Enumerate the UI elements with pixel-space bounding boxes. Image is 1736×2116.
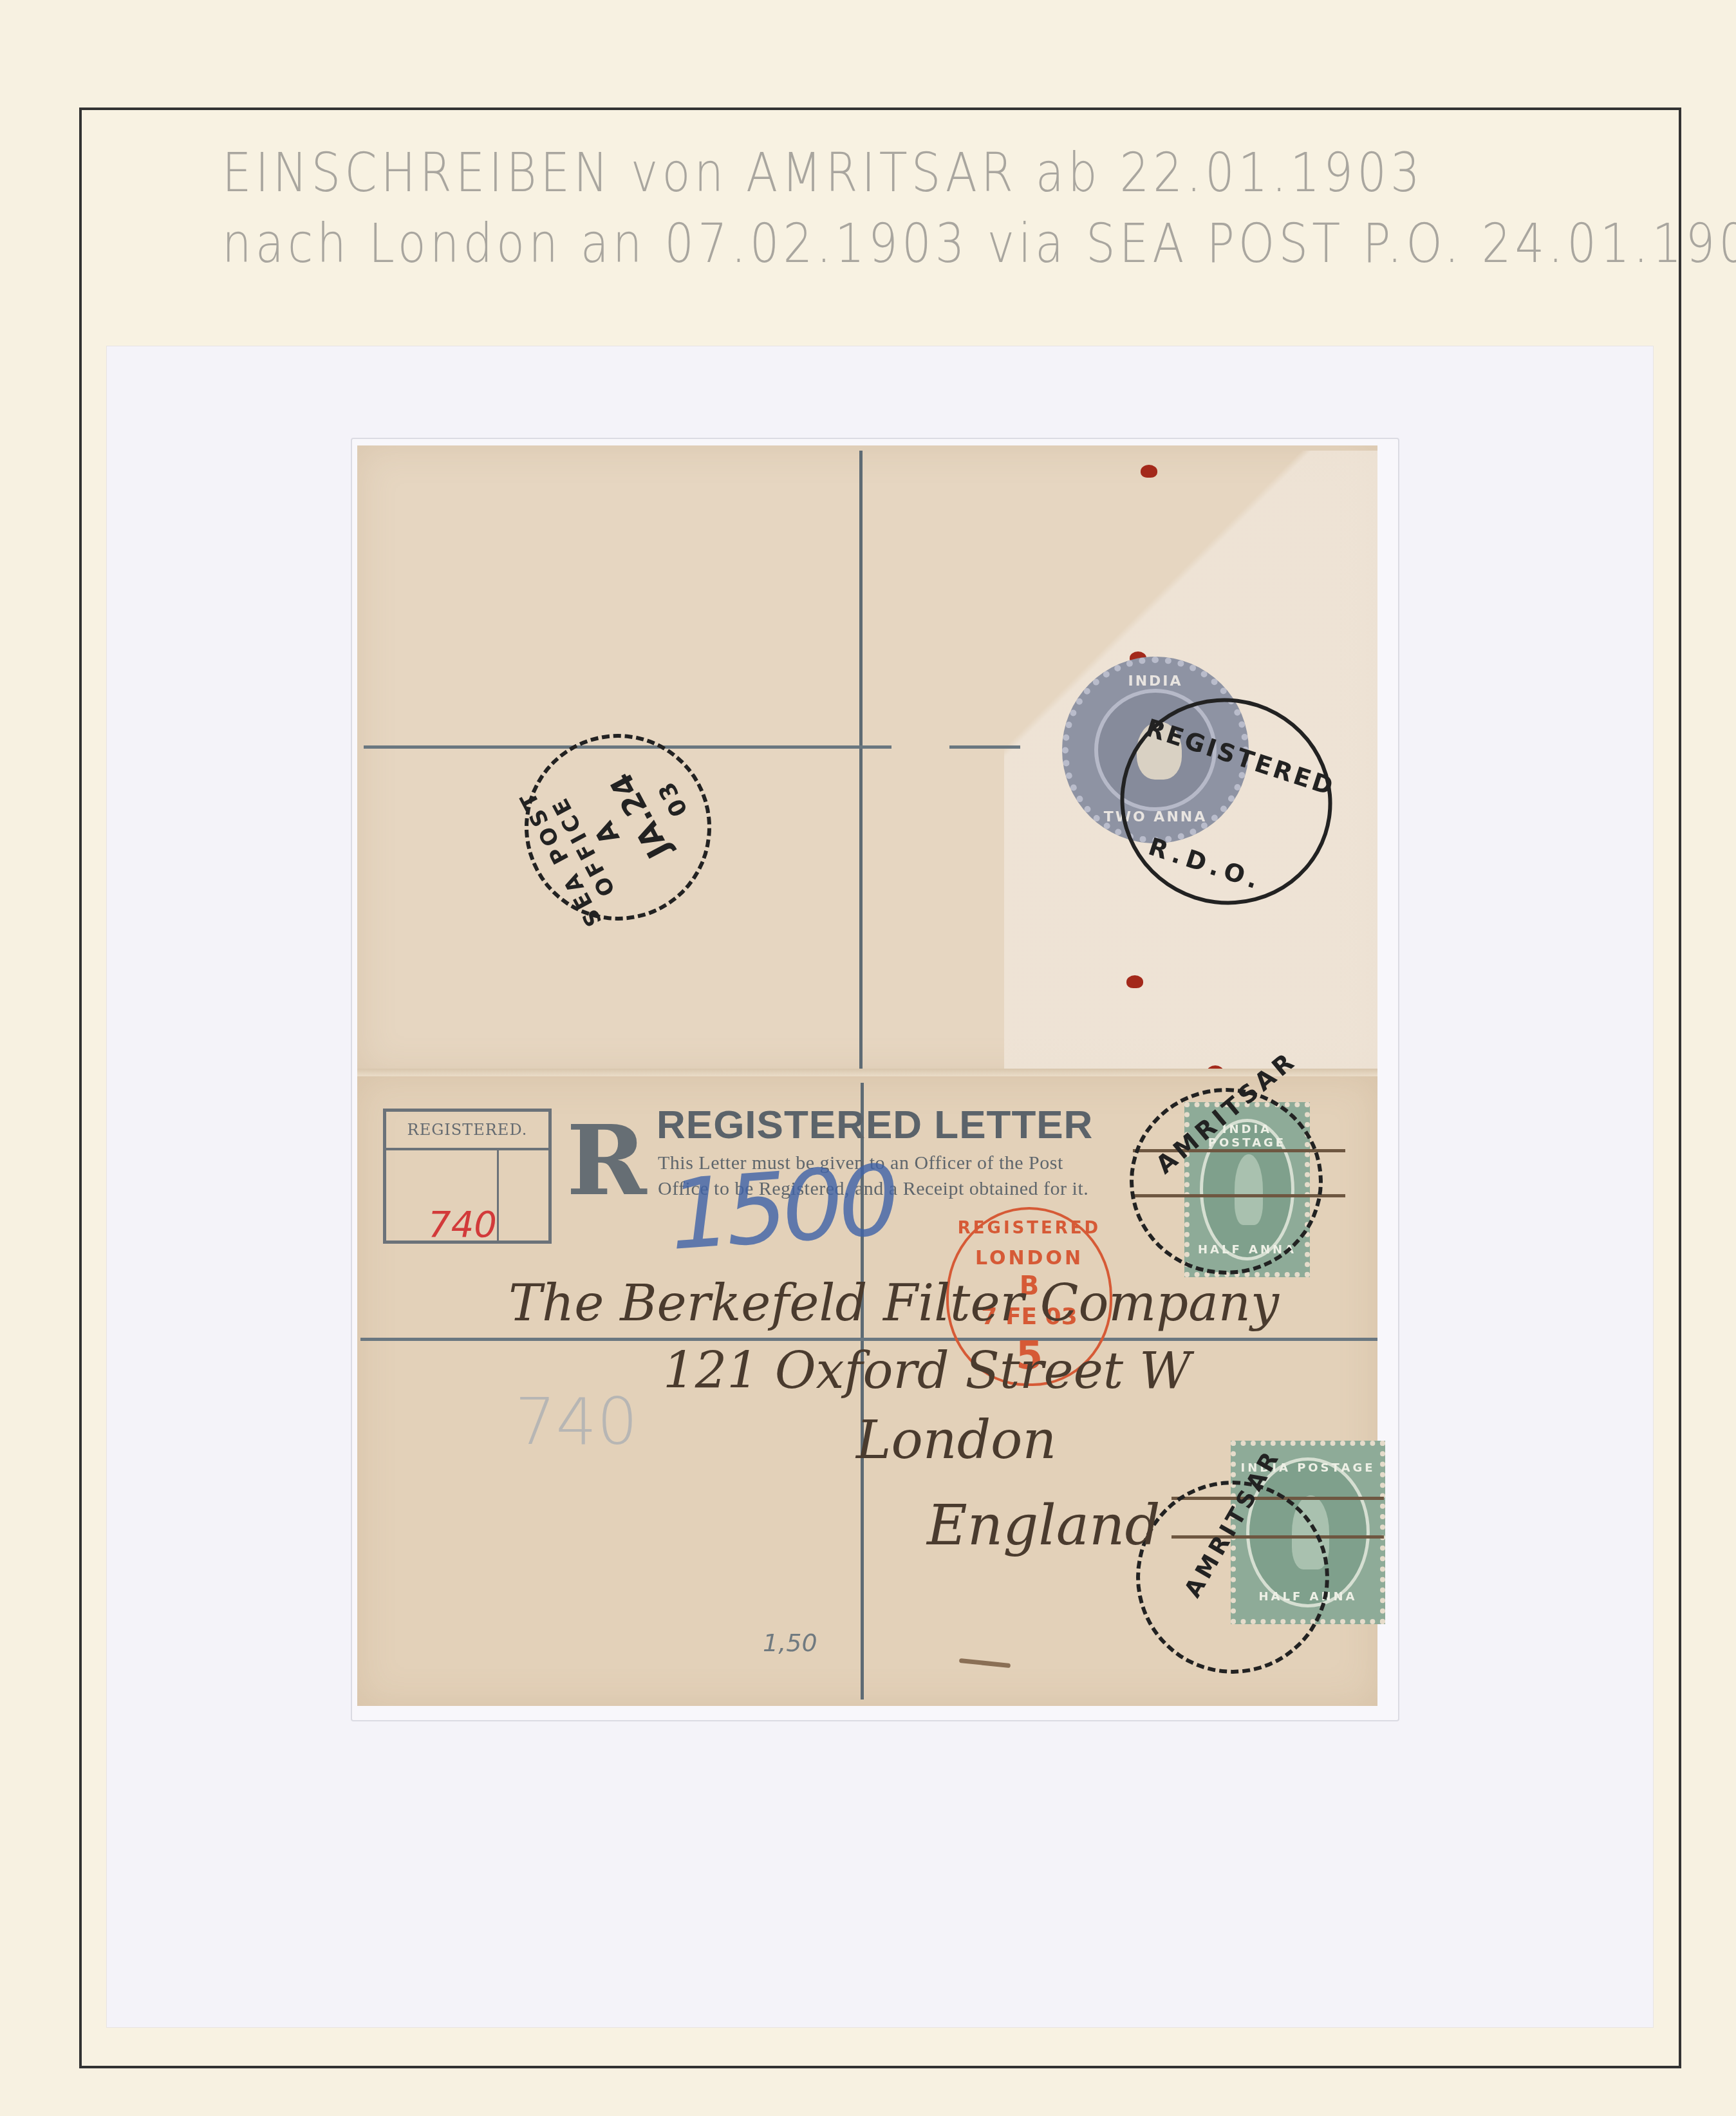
price-note: 1,50 [763, 1629, 817, 1657]
registered-box-label: REGISTERED. [386, 1112, 548, 1150]
blue-line-horizontal-back-right [949, 745, 1020, 749]
annotation-line-1: EINSCHREIBEN von AMRITSAR ab 22.01.1903 [222, 142, 1690, 204]
annotation-line-2: nach London an 07.02.1903 via SEA POST P… [222, 212, 1690, 275]
registered-R-mark: R [566, 1112, 647, 1209]
grey-pencil-note: 740 [515, 1384, 638, 1459]
indicium-top-text: INDIA [1069, 673, 1242, 689]
blue-line-horizontal-front [360, 1338, 1377, 1341]
amritsar-cancel: AMRITSAR [1130, 1088, 1323, 1275]
london-cancel-city: LONDON [949, 1247, 1110, 1269]
blue-pencil-note: 1500 [666, 1145, 898, 1272]
wax-seal-mark [1141, 465, 1157, 478]
wax-seal-mark [1126, 975, 1143, 988]
amritsar-cancel: AMRITSAR [1136, 1481, 1329, 1674]
registered-box-divider [497, 1150, 499, 1241]
red-pencil-note: 740 [428, 1204, 497, 1246]
registered-letter-heading: REGISTERED LETTER [657, 1102, 1093, 1148]
blue-line-vertical-back [859, 451, 863, 1070]
address-line-1: The Berkefeld Filter Company [509, 1275, 1279, 1333]
address-line-2: 121 Oxford Street W [663, 1342, 1191, 1400]
london-cancel-ring-text: REGISTERED [949, 1219, 1110, 1238]
address-line-4: England [927, 1493, 1160, 1558]
address-line-3: London [856, 1410, 1056, 1471]
